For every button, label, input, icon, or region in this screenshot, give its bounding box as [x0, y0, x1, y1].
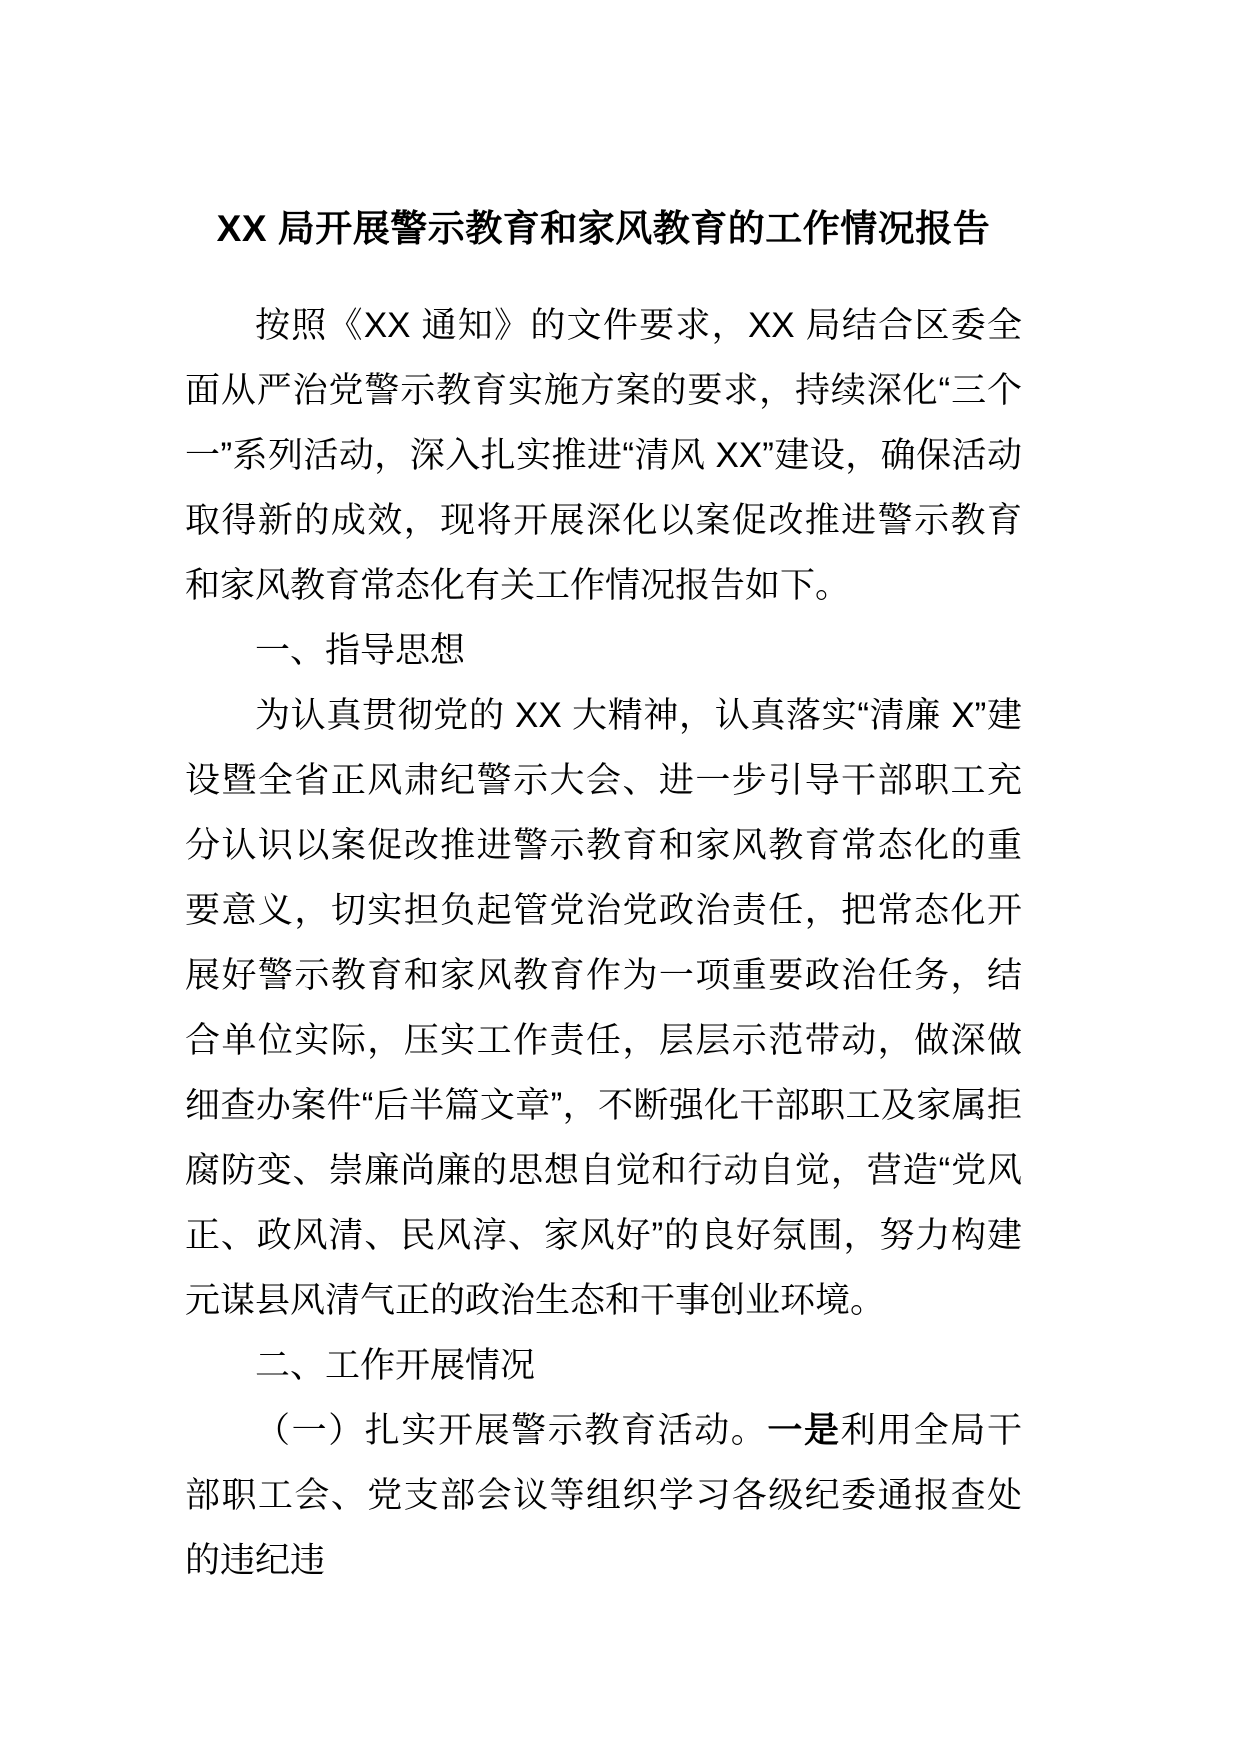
- text-segment: 一、指导思想: [255, 631, 465, 670]
- paragraph: 为认真贯彻党的 XX 大精神，认真落实“清廉 X”建设暨全省正风肃纪警示大会、进…: [185, 683, 1022, 1333]
- text-segment: 二、工作开展情况: [255, 1346, 535, 1385]
- document-title: XX 局开展警示教育和家风教育的工作情况报告: [185, 196, 1022, 261]
- document-page: XX 局开展警示教育和家风教育的工作情况报告 按照《XX 通知》的文件要求，XX…: [0, 0, 1240, 1754]
- section-heading: 一、指导思想: [185, 618, 1022, 683]
- paragraph: （一）扎实开展警示教育活动。一是利用全局干部职工会、党支部会议等组织学习各级纪委…: [185, 1398, 1022, 1593]
- text-segment: 按照《XX 通知》的文件要求，XX 局结合区委全面从严治党警示教育实施方案的要求…: [185, 306, 1022, 605]
- paragraph: 按照《XX 通知》的文件要求，XX 局结合区委全面从严治党警示教育实施方案的要求…: [185, 293, 1022, 618]
- document-body: 按照《XX 通知》的文件要求，XX 局结合区委全面从严治党警示教育实施方案的要求…: [185, 293, 1022, 1593]
- text-segment: 为认真贯彻党的 XX 大精神，认真落实“清廉 X”建设暨全省正风肃纪警示大会、进…: [185, 696, 1022, 1320]
- text-segment: 一是: [767, 1411, 840, 1450]
- text-segment: （一）扎实开展警示教育活动。: [255, 1411, 767, 1450]
- section-heading: 二、工作开展情况: [185, 1333, 1022, 1398]
